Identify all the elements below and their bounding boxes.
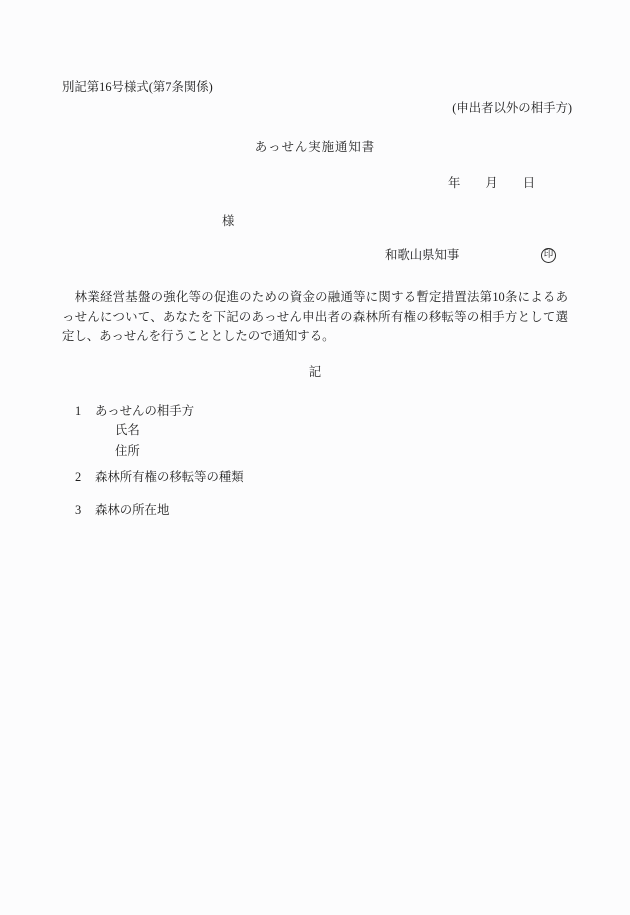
list-item-number: 1: [75, 405, 95, 417]
list-item-label: 森林の所在地: [95, 503, 169, 517]
date-day-label: 日: [523, 176, 535, 190]
list-item-label: 森林所有権の移転等の種類: [95, 470, 244, 484]
body-paragraph: 林業経営基盤の強化等の促進のための資金の融通等に関する暫定措置法第10条によるあ…: [62, 288, 568, 347]
document-page: 別記第16号様式(第7条関係) (申出者以外の相手方) あっせん実施通知書 年月…: [0, 0, 630, 915]
addressee-note: (申出者以外の相手方): [452, 102, 572, 114]
recipient-suffix: 様: [222, 215, 234, 227]
record-marker: 記: [0, 366, 630, 378]
list-item: 3森林の所在地: [75, 504, 169, 516]
seal-icon: 印: [541, 248, 556, 263]
date-line: 年月日: [448, 177, 535, 189]
issuer-title: 和歌山県知事: [385, 249, 459, 261]
date-year-label: 年: [448, 176, 460, 190]
list-item-label: あっせんの相手方: [95, 404, 194, 418]
list-subitem: 氏名: [115, 424, 140, 436]
date-month-label: 月: [485, 176, 497, 190]
list-subitem: 住所: [115, 445, 140, 457]
list-item-number: 3: [75, 504, 95, 516]
list-item: 1あっせんの相手方: [75, 405, 194, 417]
form-number: 別記第16号様式(第7条関係): [62, 81, 213, 93]
list-item: 2森林所有権の移転等の種類: [75, 471, 244, 483]
issuer-line: 和歌山県知事 印: [385, 248, 556, 263]
page-title: あっせん実施通知書: [0, 141, 630, 153]
list-item-number: 2: [75, 471, 95, 483]
